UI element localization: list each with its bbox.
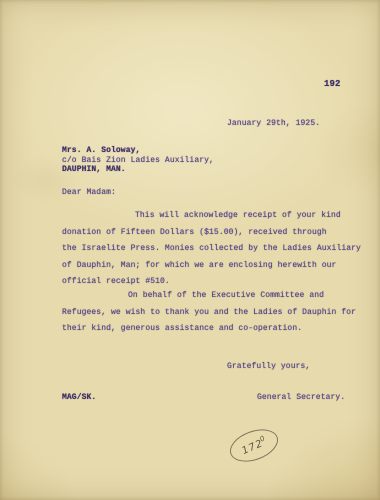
date-line: January 29th, 1925.: [227, 119, 320, 128]
body-paragraph1-line3: the Israelite Press. Monies collected by…: [62, 244, 361, 253]
body-paragraph2-line3: their kind, generous assistance and co-o…: [62, 324, 302, 333]
handwritten-archive-stamp: 1720: [226, 423, 283, 467]
body-paragraph1-line4: of Dauphin, Man; for which we are enclos…: [62, 261, 336, 270]
page-number: 192: [324, 79, 341, 89]
recipient-city: DAUPHIN, MAN.: [62, 165, 126, 174]
salutation: Dear Madam:: [62, 188, 116, 197]
body-paragraph1-line5: official receipt #510.: [62, 277, 170, 286]
body-paragraph1-line2: donation of Fifteen Dollars ($15.00), re…: [62, 228, 327, 237]
stamp-number: 1720: [239, 434, 269, 457]
recipient-organization: c/o Bais Zion Ladies Auxiliary,: [62, 156, 214, 165]
closing-line: Gratefully yours,: [227, 362, 310, 371]
body-paragraph2-line1: On behalf of the Executive Committee and: [128, 291, 324, 300]
letter-page: 192 January 29th, 1925. Mrs. A. Soloway,…: [0, 0, 380, 500]
signature-title: General Secretary.: [257, 393, 345, 402]
body-paragraph2-line2: Refugees, we wish to thank you and the L…: [62, 308, 356, 317]
recipient-name: Mrs. A. Soloway,: [62, 146, 140, 155]
body-paragraph1-line1: This will acknowledge receipt of your ki…: [135, 211, 341, 220]
typist-initials: MAG/SK.: [62, 393, 96, 402]
